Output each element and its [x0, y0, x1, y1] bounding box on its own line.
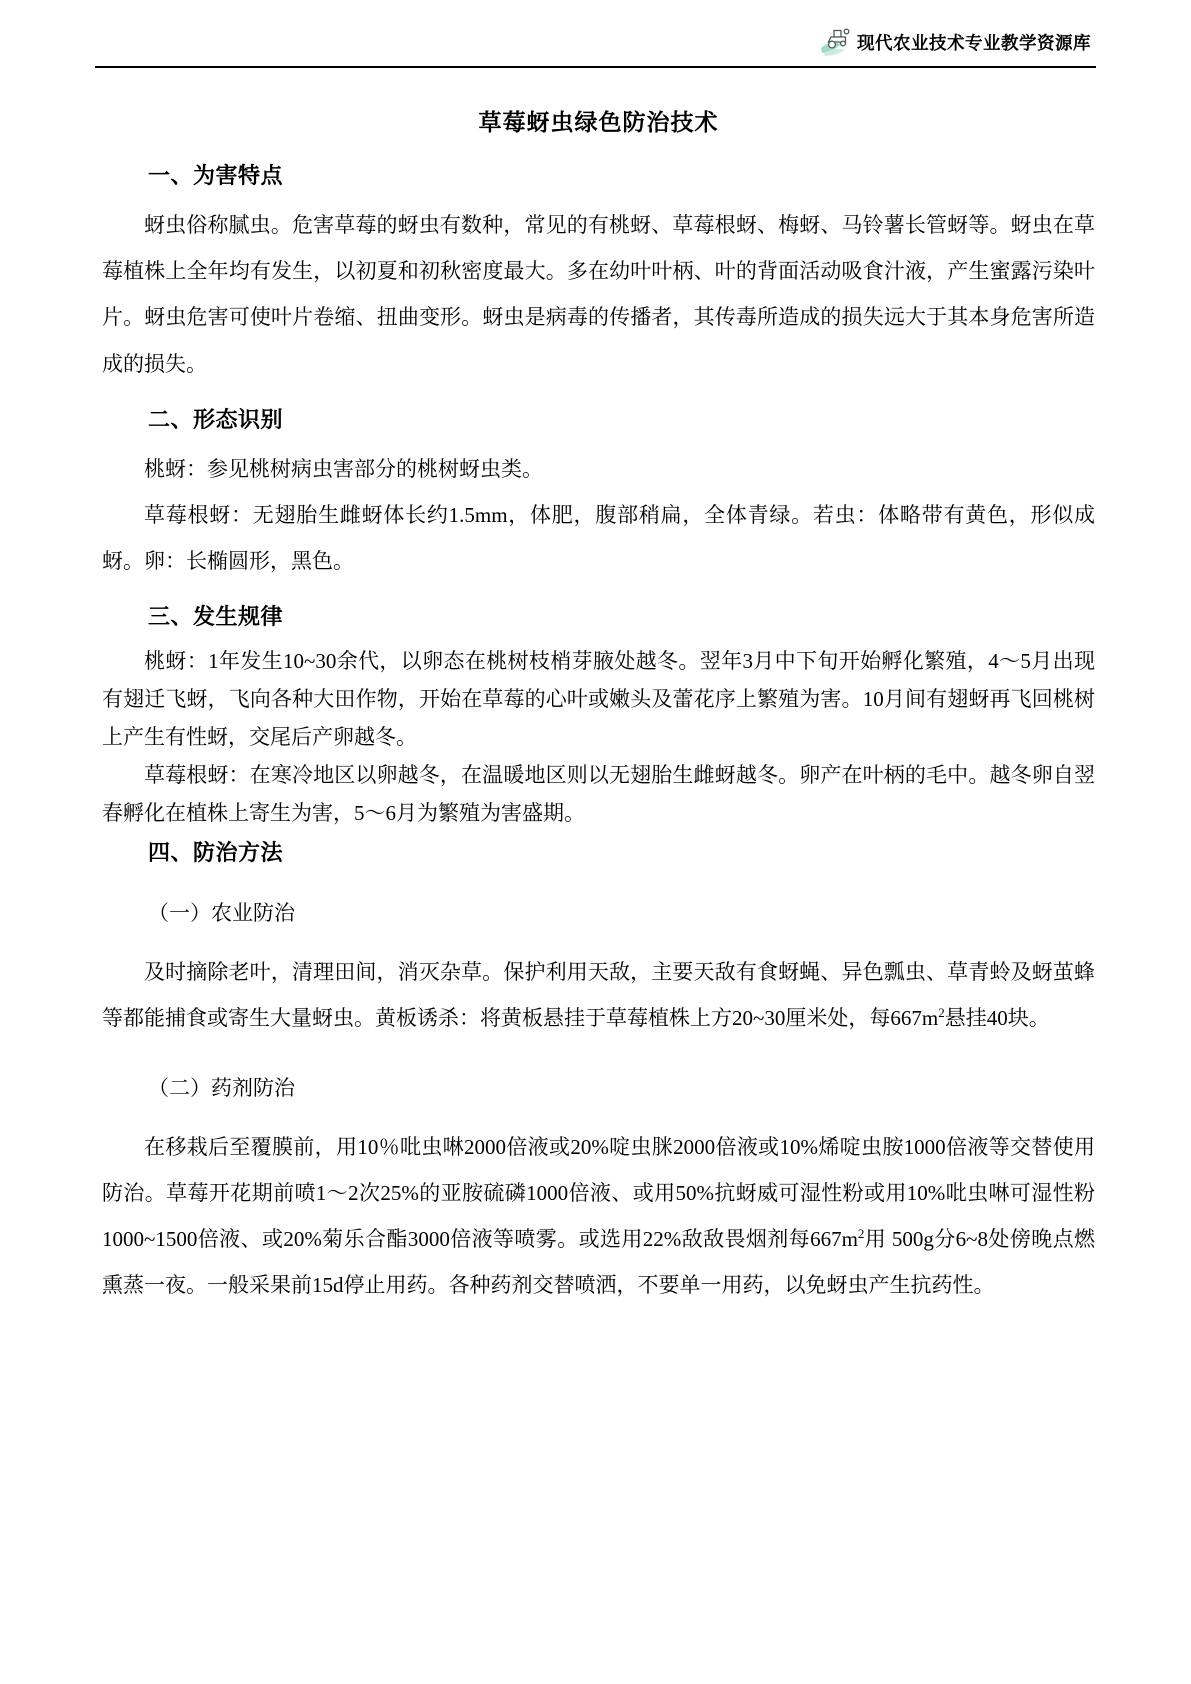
- paragraph: 草莓根蚜：无翅胎生雌蚜体长约1.5mm，体肥，腹部稍扁，全体青绿。若虫：体略带有…: [102, 492, 1095, 584]
- paragraph: 蚜虫俗称腻虫。危害草莓的蚜虫有数种，常见的有桃蚜、草莓根蚜、梅蚜、马铃薯长管蚜等…: [102, 202, 1095, 387]
- page-header: 现代农业技术专业教学资源库: [0, 0, 1191, 66]
- section-heading: 一、为害特点: [148, 159, 1095, 190]
- paragraph: 及时摘除老叶，清理田间，消灭杂草。保护利用天敌，主要天敌有食蚜蝇、异色瓢虫、草青…: [102, 949, 1095, 1041]
- document-body: 一、为害特点蚜虫俗称腻虫。危害草莓的蚜虫有数种，常见的有桃蚜、草莓根蚜、梅蚜、马…: [102, 159, 1095, 1308]
- paragraph: 草莓根蚜：在寒冷地区以卵越冬，在温暖地区则以无翅胎生雌蚜越冬。卵产在叶柄的毛中。…: [102, 757, 1095, 833]
- paragraph: 桃蚜：1年发生10~30余代，以卵态在桃树枝梢芽腋处越冬。翌年3月中下旬开始孵化…: [102, 643, 1095, 756]
- paragraph: 桃蚜：参见桃树病虫害部分的桃树蚜虫类。: [102, 446, 1095, 492]
- header-rule: [95, 66, 1096, 68]
- section-heading: 二、形态识别: [148, 403, 1095, 434]
- document-content: 草莓蚜虫绿色防治技术 一、为害特点蚜虫俗称腻虫。危害草莓的蚜虫有数种，常见的有桃…: [102, 104, 1095, 1308]
- paragraph: 在移栽后至覆膜前，用10％吡虫啉2000倍液或20%啶虫脒2000倍液或10%烯…: [102, 1124, 1095, 1309]
- subsection-heading: （一）农业防治: [148, 897, 1095, 927]
- section-heading: 四、防治方法: [148, 836, 1095, 867]
- section-heading: 三、发生规律: [148, 600, 1095, 631]
- document-page: 现代农业技术专业教学资源库 草莓蚜虫绿色防治技术 一、为害特点蚜虫俗称腻虫。危害…: [0, 0, 1191, 1684]
- superscript: 2: [858, 1226, 865, 1241]
- brand-title: 现代农业技术专业教学资源库: [857, 30, 1091, 55]
- subsection-heading: （二）药剂防治: [148, 1072, 1095, 1102]
- superscript: 2: [938, 1005, 945, 1020]
- document-title: 草莓蚜虫绿色防治技术: [102, 104, 1095, 137]
- tractor-field-logo-icon: [820, 27, 854, 57]
